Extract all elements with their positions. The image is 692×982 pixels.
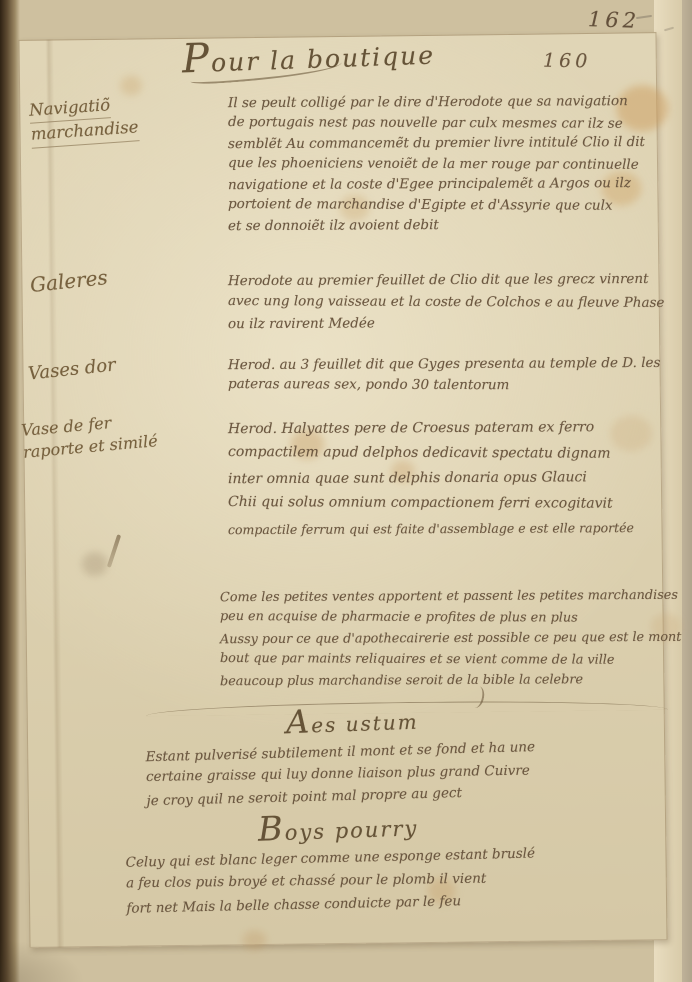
text-line: navigatione et la coste d'Egee principal… [228,173,680,196]
text-line: portoient de marchandise d'Egipte et d'A… [228,194,680,216]
entry-text-navigation: Il se peult colligé par le dire d'Herodo… [228,92,680,236]
binding-gutter [0,0,20,982]
text-line: compactile ferrum qui est faite d'assemb… [228,515,680,542]
text-line: beaucoup plus marchandise seroit de la b… [220,669,682,692]
text-line: ou ilz ravirent Medée [228,312,680,336]
text-line: avec ung long vaisseau et la coste de Co… [228,291,680,314]
text-line: Herod. Halyattes pere de Croesus pateram… [228,415,680,442]
text-line: semblẽt Au commancemẽt du premier livre … [228,132,680,155]
section-text-boys-pourry: Celuy qui est blanc leger comme une espo… [125,842,636,920]
text-line: pateras aureas sex, pondo 30 talentorum [228,374,680,397]
text-line: Herod. au 3 feuillet dit que Gyges prese… [228,353,680,376]
text-line: compactilem apud delphos dedicavit spect… [228,440,680,467]
text-line: Herodote au premier feuillet de Clio dit… [228,269,680,293]
foxing-stain [82,552,108,576]
margin-note-navigation: Navigatiõ marchandise [28,92,139,148]
section-heading-boys-pourry: Boys pourry [258,811,419,846]
section-heading-aes-ustum: Aes ustum [286,706,419,739]
manuscript-photo: 162 Pour la boutique 160 Navigatiõ march… [0,0,692,982]
text-line: bout que par maints reliquaires et se vi… [220,648,682,671]
corner-shadow [0,922,120,982]
text-line: Chii qui solus omnium compactionem ferri… [228,490,680,517]
old-page-number: 160 [543,50,592,73]
entry-text-galeres: Herodote au premier feuillet de Clio dit… [228,270,680,335]
text-line: que les phoeniciens venoiẽt de la mer ro… [228,153,680,175]
text-line: Aussy pour ce que d'apothecairerie est p… [220,627,682,650]
folio-number: 162 [588,7,641,33]
text-line: peu en acquise de pharmacie e profites d… [220,606,682,629]
entry-text-petites-ventes: Come les petites ventes apportent et pas… [220,586,682,691]
text-line: Il se peult colligé par le dire d'Herodo… [228,91,680,114]
text-line: Come les petites ventes apportent et pas… [220,585,682,608]
text-line: inter omnia quae sunt delphis donaria op… [228,465,680,492]
entry-text-vase-de-fer: Herod. Halyattes pere de Croesus pateram… [228,416,680,541]
mount-edge [682,0,692,982]
foxing-stain [242,930,266,950]
entry-text-vases-dor: Herod. au 3 feuillet dit que Gyges prese… [228,354,680,396]
section-text-aes-ustum: Estant pulverisé subtilement il mont et … [145,735,622,811]
text-line: et se donnoiẽt ilz avoient debit [228,214,680,237]
text-line: de portugais nest pas nouvelle par culx … [228,112,680,134]
